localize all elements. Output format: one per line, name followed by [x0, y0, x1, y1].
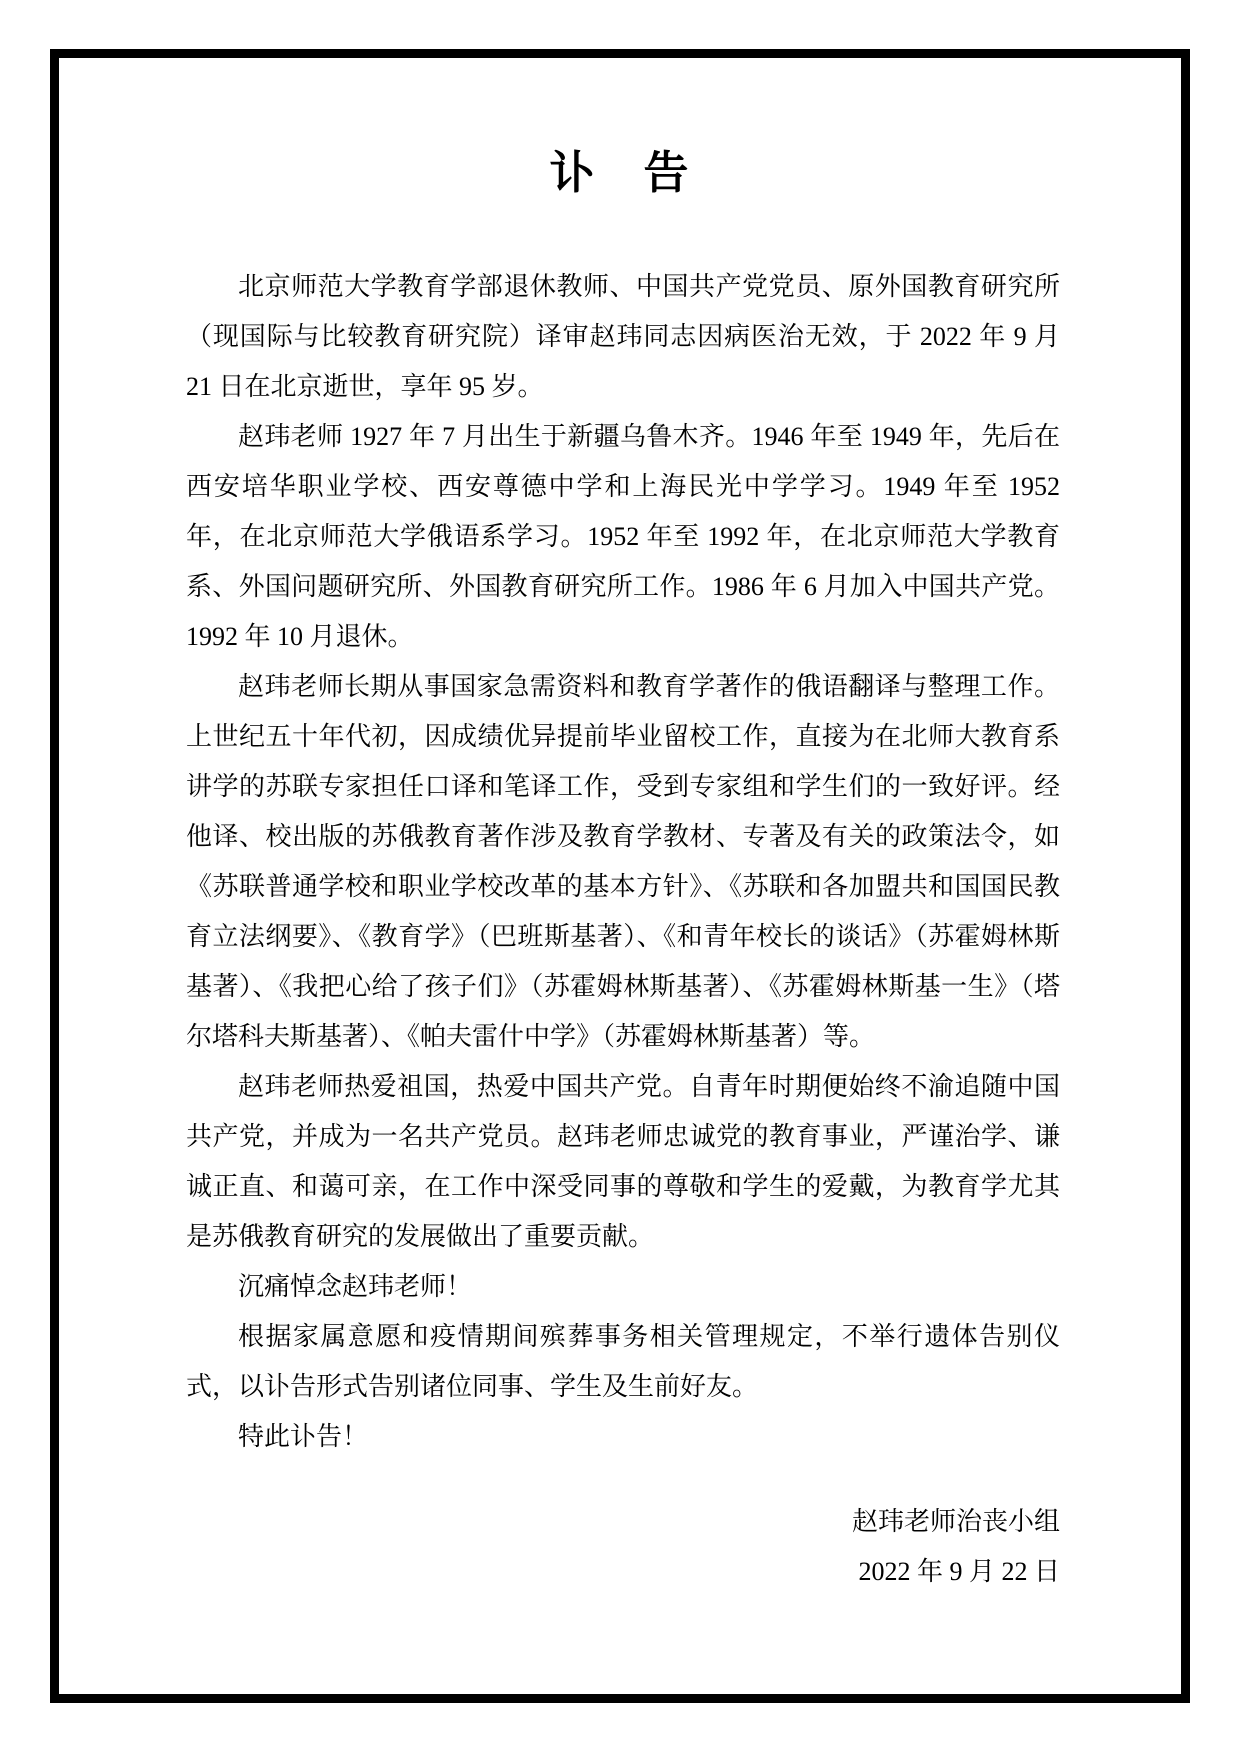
page-title: 讣 告: [59, 148, 1181, 198]
signature-name: 赵玮老师治丧小组: [186, 1497, 1060, 1547]
signature-block: 赵玮老师治丧小组 2022 年 9 月 22 日: [186, 1497, 1060, 1597]
paragraph-career-works: 赵玮老师长期从事国家急需资料和教育学著作的俄语翻译与整理工作。上世纪五十年代初，…: [186, 662, 1060, 1062]
paragraph-death-notice: 北京师范大学教育学部退休教师、中国共产党党员、原外国教育研究所（现国际与比较教育…: [186, 262, 1060, 412]
signature-date: 2022 年 9 月 22 日: [186, 1547, 1060, 1597]
paragraph-closing: 特此讣告！: [186, 1412, 1060, 1462]
paragraph-tribute: 赵玮老师热爱祖国，热爱中国共产党。自青年时期便始终不渝追随中国共产党，并成为一名…: [186, 1062, 1060, 1262]
paragraph-funeral-arrangement: 根据家属意愿和疫情期间殡葬事务相关管理规定，不举行遗体告别仪式，以讣告形式告别诸…: [186, 1312, 1060, 1412]
document-body: 北京师范大学教育学部退休教师、中国共产党党员、原外国教育研究所（现国际与比较教育…: [186, 262, 1060, 1597]
paragraph-mourning: 沉痛悼念赵玮老师！: [186, 1262, 1060, 1312]
document-border-frame: 讣 告 北京师范大学教育学部退休教师、中国共产党党员、原外国教育研究所（现国际与…: [50, 49, 1190, 1703]
paragraph-biography: 赵玮老师 1927 年 7 月出生于新疆乌鲁木齐。1946 年至 1949 年，…: [186, 412, 1060, 662]
